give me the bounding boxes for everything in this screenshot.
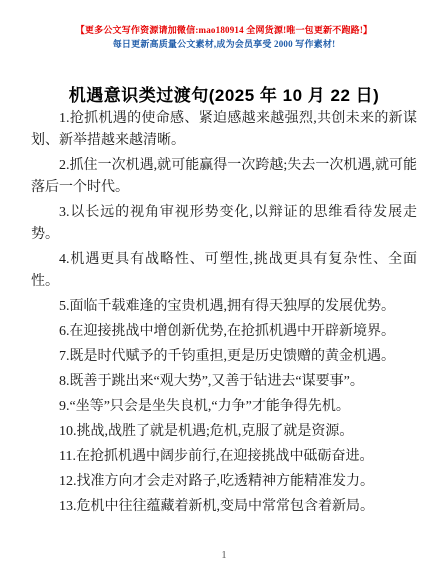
document-body: 1.抢抓机遇的使命感、紧迫感越来越强烈,共创未来的新谋划、新举措越来越清晰。 2…: [31, 108, 417, 521]
header-notice-line-1: 【更多公文写作资源请加微信:mao180914 全网货源!唯一包更新不跑路!】: [0, 23, 448, 37]
body-paragraph: 3.以长远的视角审视形势变化,以辩证的思维看待发展走势。: [31, 202, 417, 246]
body-paragraph: 7.既是时代赋予的千钧重担,更是历史馈赠的黄金机遇。: [31, 346, 417, 368]
body-paragraph: 5.面临千载难逢的宝贵机遇,拥有得天独厚的发展优势。: [31, 296, 417, 318]
body-paragraph: 12.找准方向才会走对路子,吃透精神方能精准发力。: [31, 471, 417, 493]
document-page: 【更多公文写作资源请加微信:mao180914 全网货源!唯一包更新不跑路!】 …: [0, 0, 448, 580]
header-notice: 【更多公文写作资源请加微信:mao180914 全网货源!唯一包更新不跑路!】 …: [0, 23, 448, 51]
body-paragraph: 4.机遇更具有战略性、可塑性,挑战更具有复杂性、全面性。: [31, 249, 417, 293]
body-paragraph: 9.“坐等”只会是坐失良机,“力争”才能争得先机。: [31, 396, 417, 418]
page-title: 机遇意识类过渡句(2025 年 10 月 22 日): [0, 81, 448, 106]
body-paragraph: 8.既善于跳出来“观大势”,又善于钻进去“谋要事”。: [31, 371, 417, 393]
body-paragraph: 1.抢抓机遇的使命感、紧迫感越来越强烈,共创未来的新谋划、新举措越来越清晰。: [31, 108, 417, 152]
header-notice-line-2: 每日更新高质量公文素材,成为会员享受 2000 写作素材!: [0, 37, 448, 51]
page-number: 1: [0, 550, 448, 561]
body-paragraph: 11.在抢抓机遇中阔步前行,在迎接挑战中砥砺奋进。: [31, 446, 417, 468]
body-paragraph: 13.危机中往往蕴藏着新机,变局中常常包含着新局。: [31, 496, 417, 518]
body-paragraph: 10.挑战,战胜了就是机遇;危机,克服了就是资源。: [31, 421, 417, 443]
body-paragraph: 2.抓住一次机遇,就可能赢得一次跨越;失去一次机遇,就可能落后一个时代。: [31, 155, 417, 199]
body-paragraph: 6.在迎接挑战中增创新优势,在抢抓机遇中开辟新境界。: [31, 321, 417, 343]
